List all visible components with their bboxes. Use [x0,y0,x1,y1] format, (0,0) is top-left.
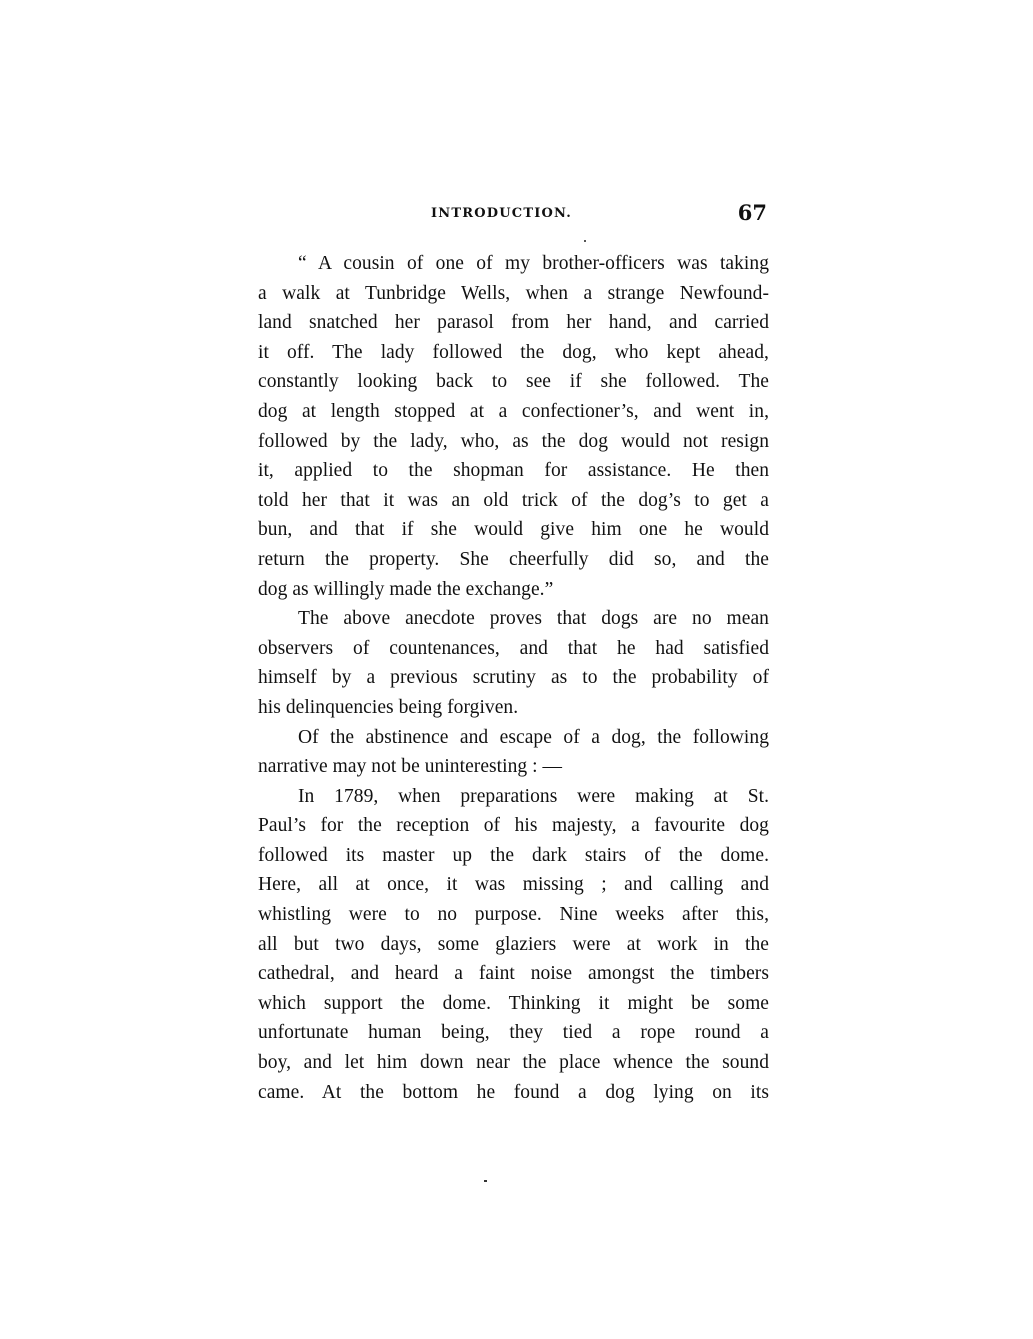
text-line: observers of countenances, and that he h… [258,634,769,664]
text-line: return the property. She cheerfully did … [258,545,769,575]
text-line: which support the dome. Thinking it migh… [258,989,769,1019]
text-line: boy, and let him down near the place whe… [258,1048,769,1078]
scan-speck [584,240,586,242]
text-line: dog as willingly made the exchange.” [258,575,769,605]
text-line: it, applied to the shopman for assistanc… [258,456,769,486]
text-line: his delinquencies being forgiven. [258,693,769,723]
body-text: “ A cousin of one of my brother-officers… [258,249,769,1107]
running-head: INTRODUCTION. 67 [258,200,769,230]
text-line: land snatched her parasol from her hand,… [258,308,769,338]
text-line: narrative may not be uninteresting : — [258,752,769,782]
text-line: cathedral, and heard a faint noise among… [258,959,769,989]
text-line: Of the abstinence and escape of a dog, t… [258,723,769,753]
text-line: bun, and that if she would give him one … [258,515,769,545]
text-line: In 1789, when preparations were making a… [258,782,769,812]
text-line: followed by the lady, who, as the dog wo… [258,427,769,457]
text-line: “ A cousin of one of my brother-officers… [258,249,769,279]
text-line: told her that it was an old trick of the… [258,486,769,516]
text-line: Here, all at once, it was missing ; and … [258,870,769,900]
scan-speck-footer [484,1180,487,1182]
text-line: himself by a previous scrutiny as to the… [258,663,769,693]
text-line: a walk at Tunbridge Wells, when a strang… [258,279,769,309]
text-line: The above anecdote proves that dogs are … [258,604,769,634]
running-title: INTRODUCTION. [431,206,572,221]
text-line: Paul’s for the reception of his majesty,… [258,811,769,841]
book-page: INTRODUCTION. 67 “ A cousin of one of my… [258,200,769,1107]
text-line: came. At the bottom he found a dog lying… [258,1078,769,1108]
text-line: constantly looking back to see if she fo… [258,367,769,397]
text-line: followed its master up the dark stairs o… [258,841,769,871]
text-line: unfortunate human being, they tied a rop… [258,1018,769,1048]
text-line: dog at length stopped at a confectioner’… [258,397,769,427]
text-line: it off. The lady followed the dog, who k… [258,338,769,368]
page-number: 67 [738,200,767,225]
text-line: whistling were to no purpose. Nine weeks… [258,900,769,930]
text-line: all but two days, some glaziers were at … [258,930,769,960]
